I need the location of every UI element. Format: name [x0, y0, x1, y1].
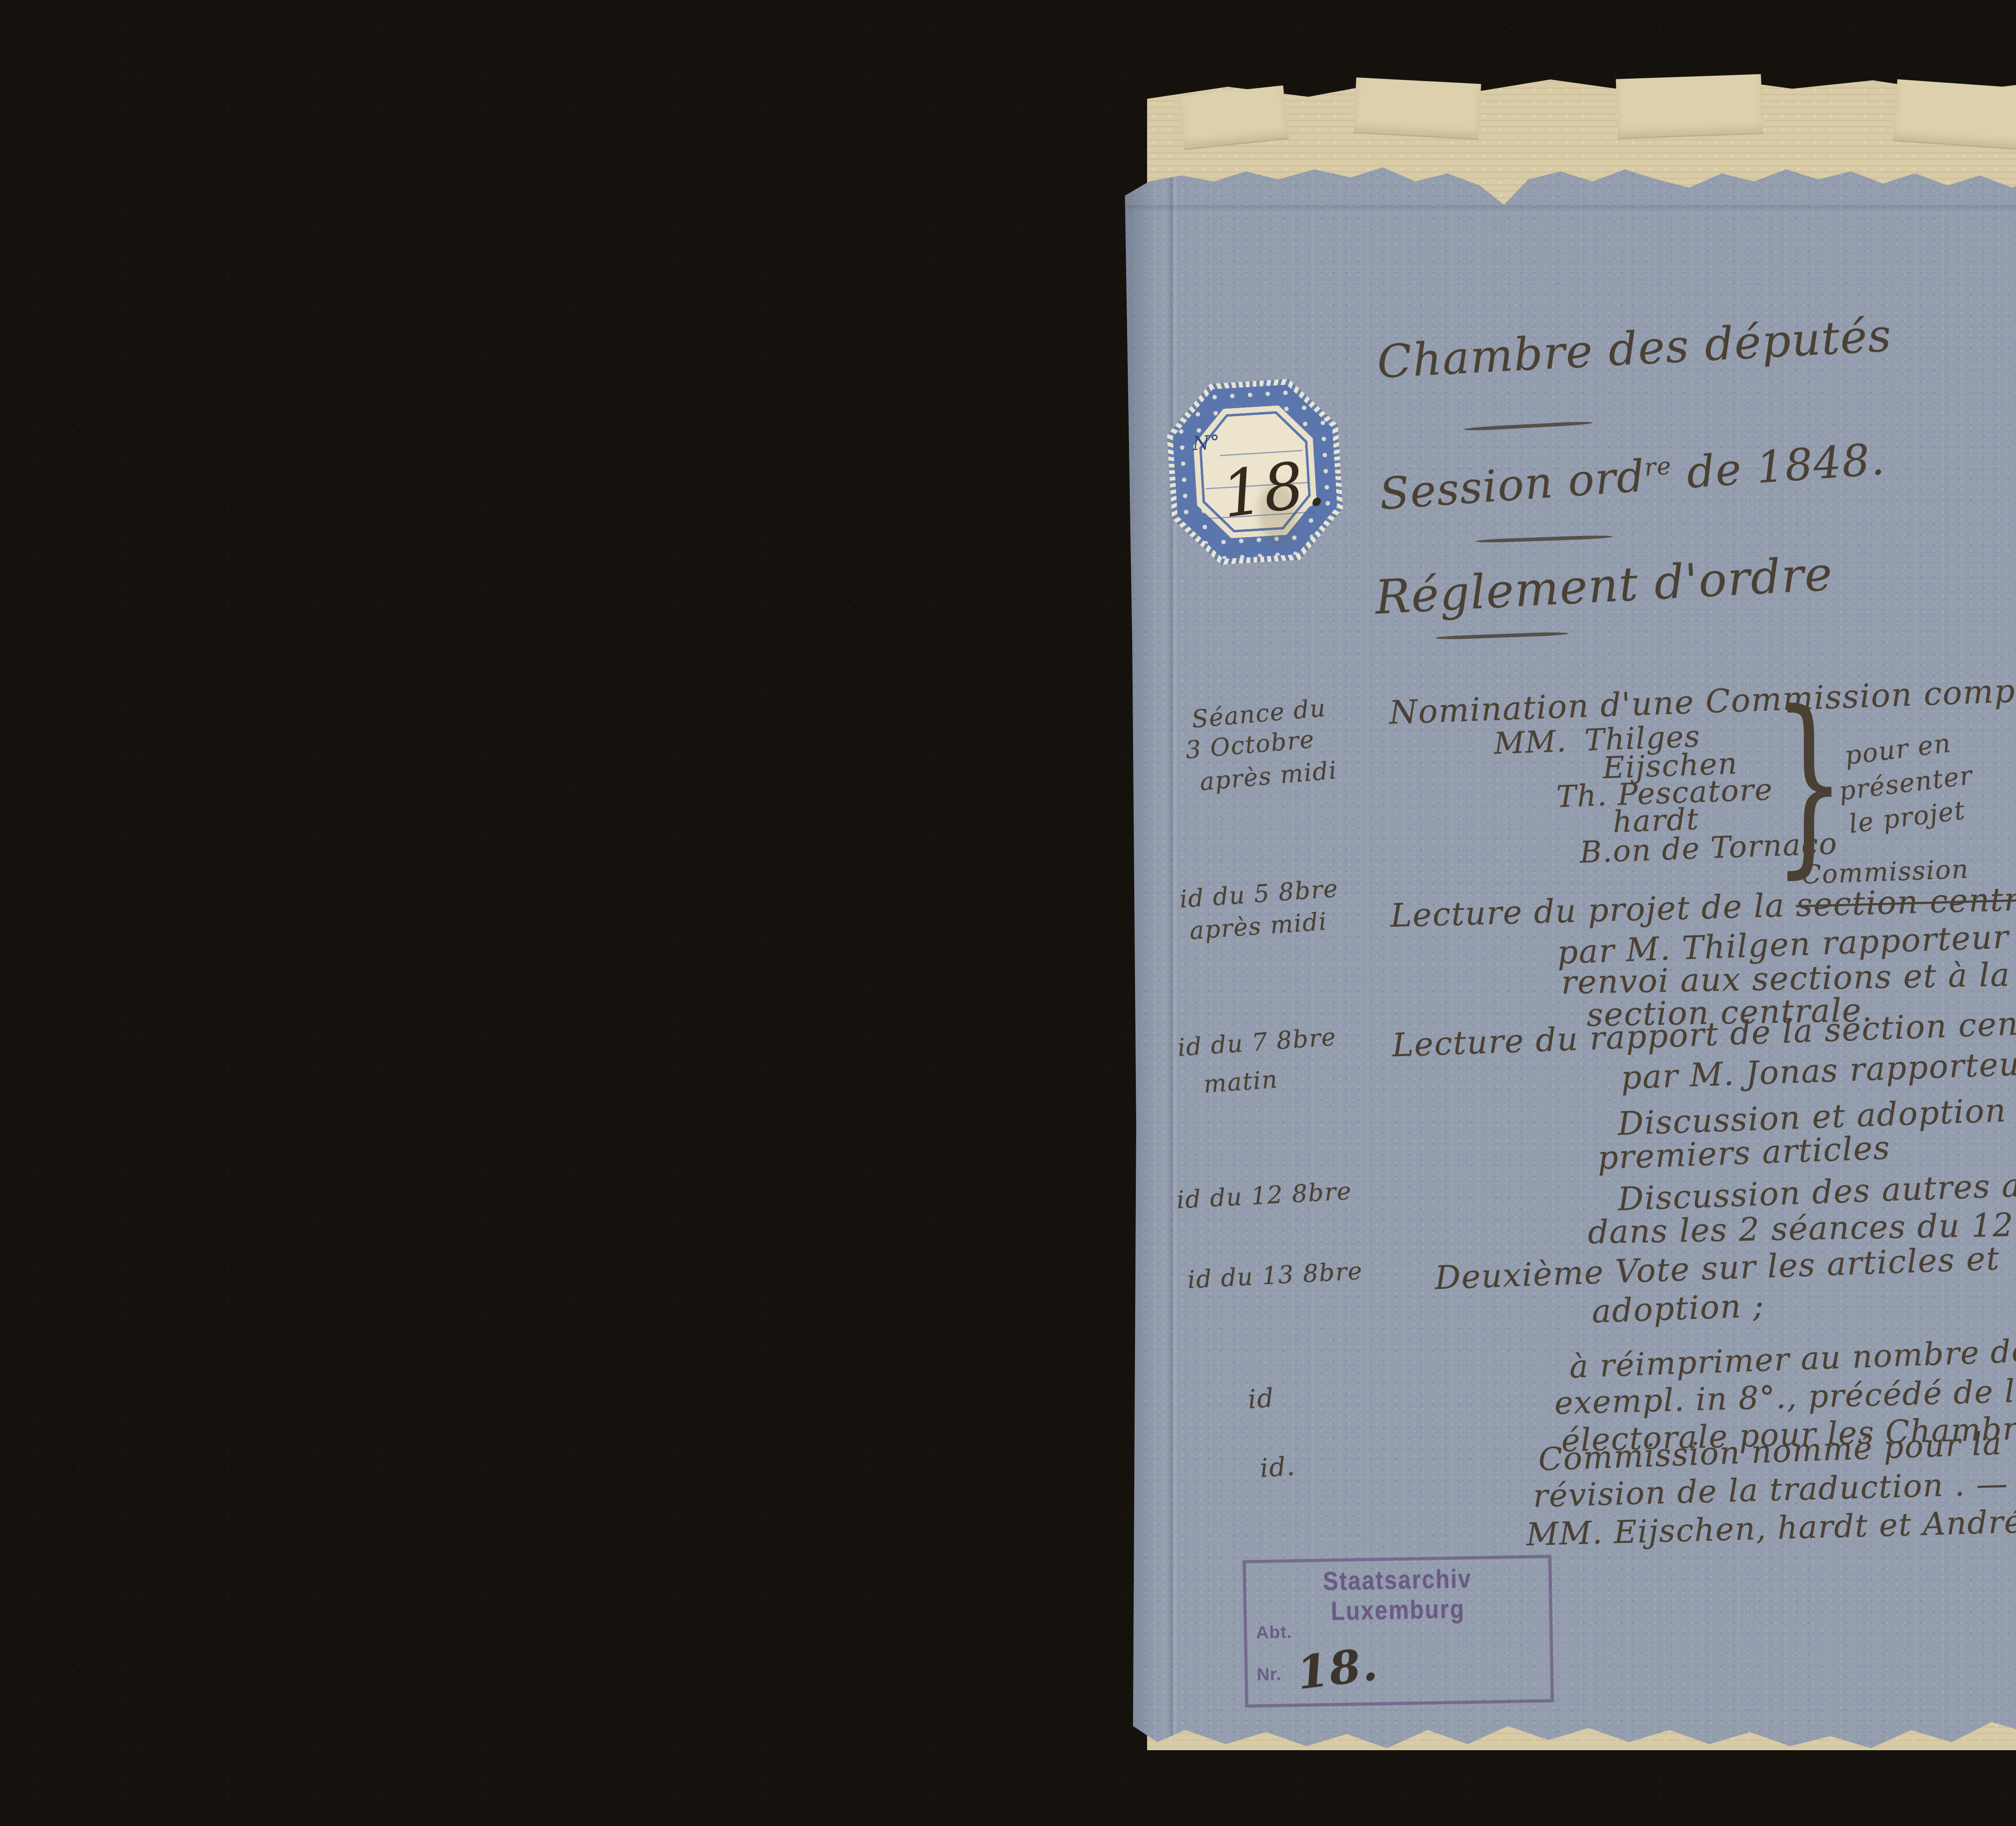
archive-stamp: Staatsarchiv Luxemburg Abt. Nr. 18.: [1243, 1555, 1554, 1707]
margin-note: matin: [1203, 1065, 1279, 1099]
brace-icon: }: [1773, 713, 1845, 853]
archive-number-label: N° 18.: [1164, 376, 1346, 567]
struck-through-text: section centrale: [1795, 879, 2016, 924]
stamp-nr-label: Nr.: [1256, 1664, 1282, 1685]
stamp-title: Staatsarchiv Luxemburg: [1255, 1562, 1540, 1627]
margin-note: id.: [1259, 1451, 1297, 1484]
margin-note: id: [1247, 1383, 1275, 1415]
session-superscript: re: [1643, 452, 1672, 482]
archival-scan-page: N° 18. Chambre des députés Session ordre…: [0, 0, 2016, 1826]
stamp-abt-label: Abt.: [1256, 1622, 1292, 1643]
paper-corner: [1893, 79, 2016, 152]
paper-corner: [1354, 77, 1481, 140]
cover-crease: [1125, 205, 2016, 212]
label-no-prefix: N°: [1192, 431, 1221, 455]
entry-body-line: adoption ;: [1591, 1287, 1765, 1330]
label-number-handwritten: 18.: [1218, 445, 1330, 532]
paper-corner: [1616, 74, 1763, 139]
stamp-number-handwritten: 18.: [1294, 1638, 1381, 1700]
names-label: MM.: [1493, 724, 1568, 761]
paper-corner: [1179, 85, 1289, 150]
